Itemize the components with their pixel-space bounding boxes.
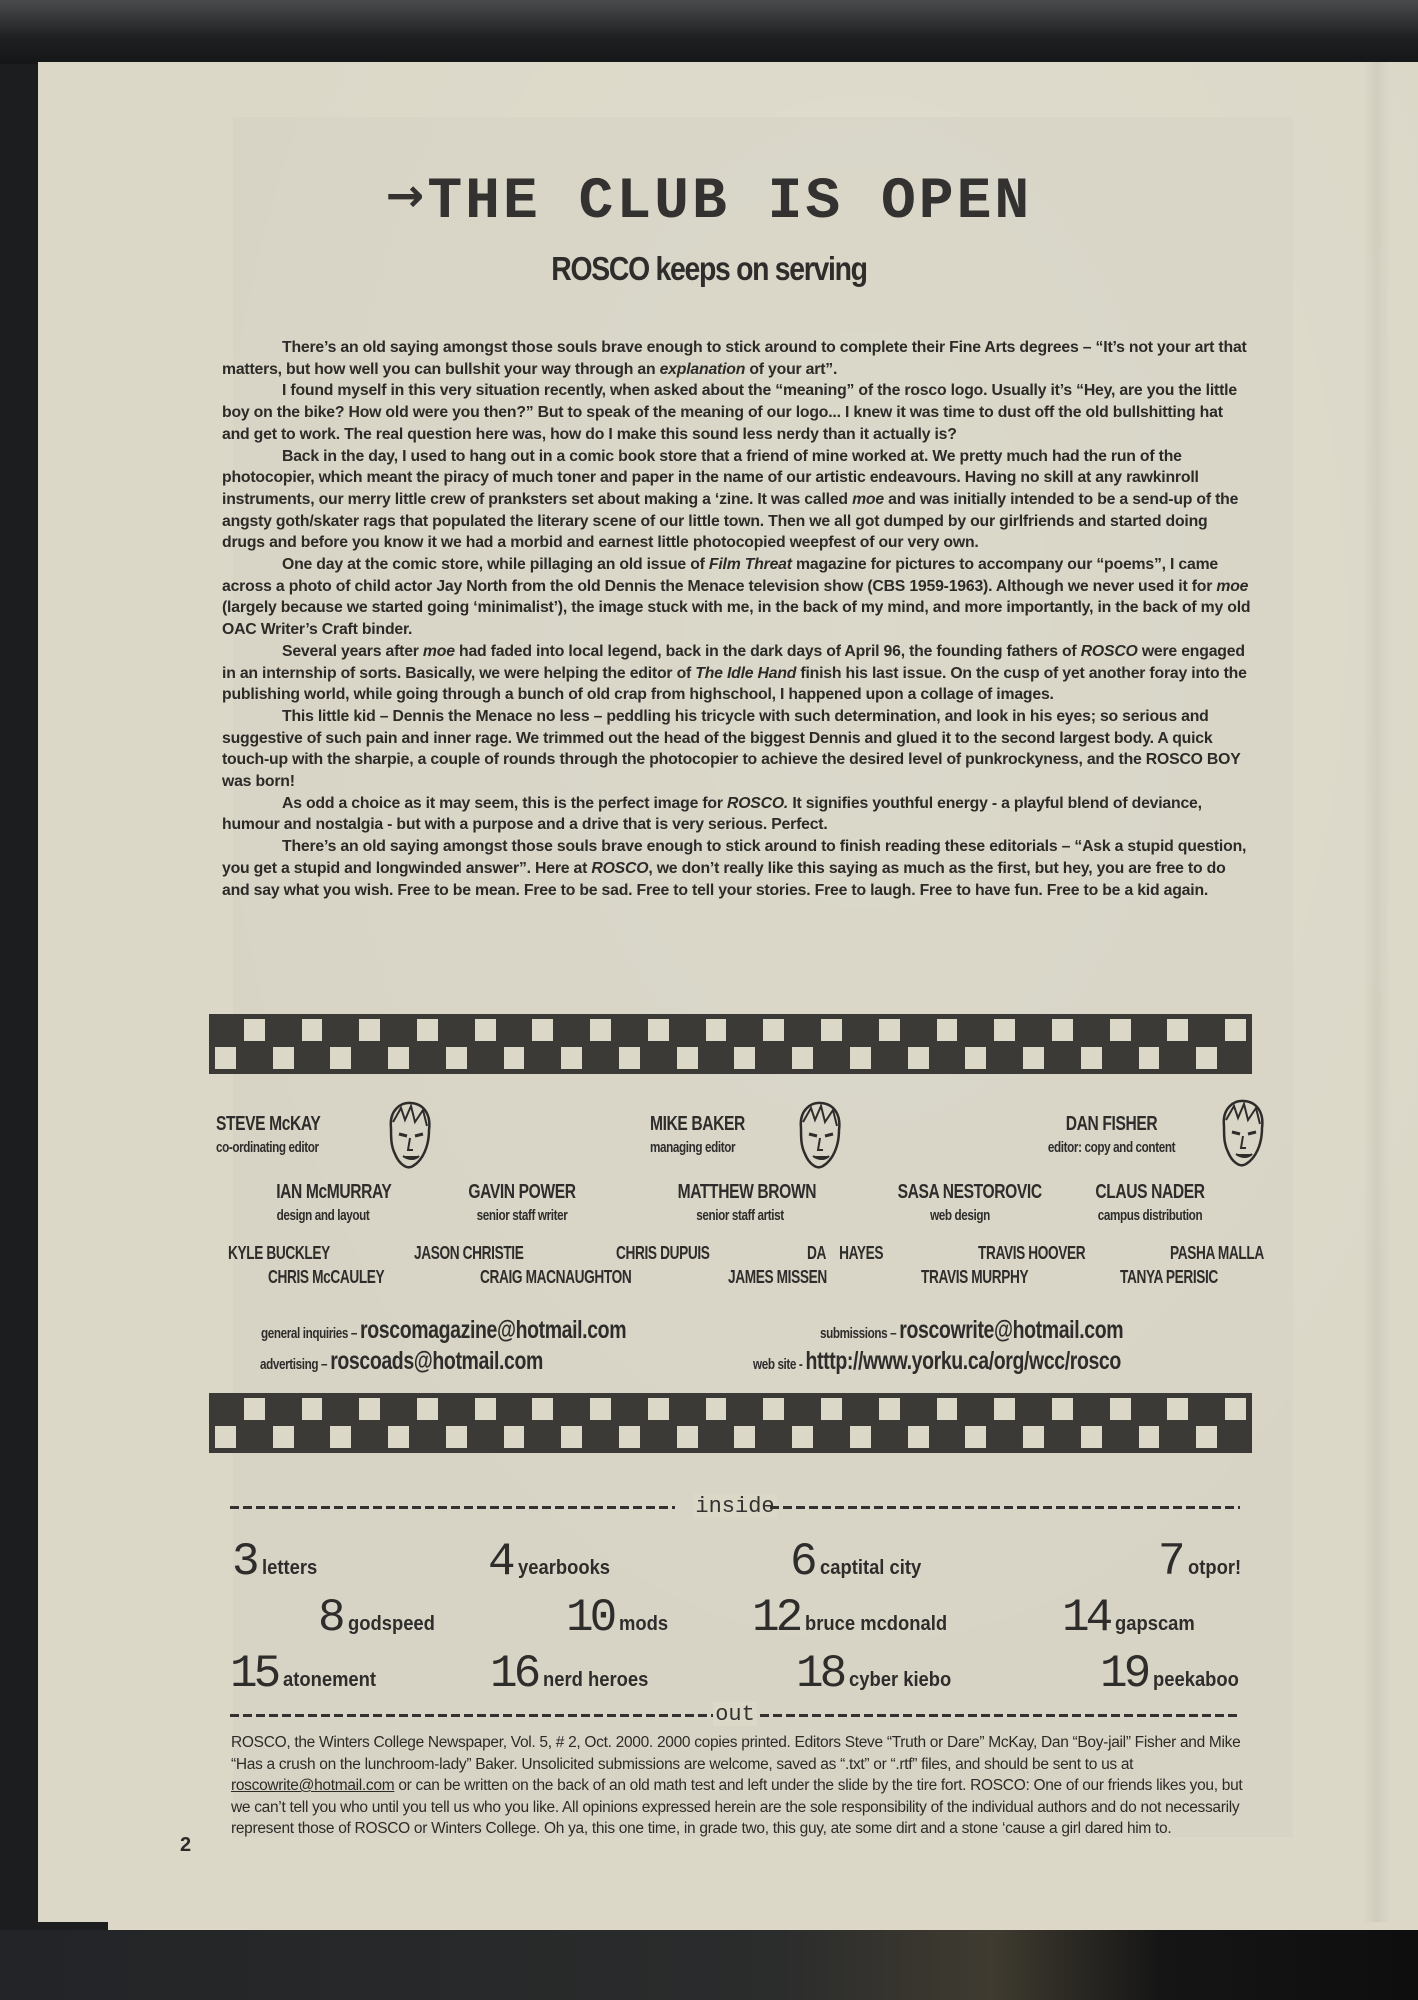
checker-square bbox=[648, 1398, 669, 1420]
checkered-divider-bottom bbox=[209, 1393, 1252, 1453]
checker-square bbox=[908, 1047, 929, 1069]
checker-square bbox=[1167, 1047, 1188, 1069]
checker-square bbox=[590, 1047, 611, 1069]
checker-square bbox=[273, 1426, 294, 1448]
checker-square bbox=[850, 1019, 871, 1041]
editor-mike-baker: MIKE BAKER managing editor bbox=[650, 1113, 745, 1156]
contact-email-link[interactable]: roscoads@hotmail.com bbox=[330, 1347, 543, 1375]
checker-square bbox=[821, 1019, 842, 1041]
checker-square bbox=[330, 1047, 351, 1069]
checker-square bbox=[619, 1398, 640, 1420]
toc-page-number: 10 bbox=[566, 1592, 613, 1644]
checker-square bbox=[1167, 1398, 1188, 1420]
toc-title: cyber kiebo bbox=[849, 1669, 951, 1692]
toc-entry[interactable]: 3letters bbox=[232, 1536, 322, 1588]
checker-square bbox=[677, 1047, 698, 1069]
paragraph-text: of your art”. bbox=[745, 361, 837, 378]
checker-square bbox=[330, 1019, 351, 1041]
toc-title: mods bbox=[619, 1613, 668, 1636]
dashed-rule bbox=[230, 1714, 715, 1717]
checker-square bbox=[879, 1019, 900, 1041]
checker-square bbox=[850, 1047, 871, 1069]
checker-square bbox=[1167, 1426, 1188, 1448]
toc-title: bruce mcdonald bbox=[805, 1613, 947, 1636]
checker-square bbox=[937, 1398, 958, 1420]
editor-name: MIKE BAKER bbox=[650, 1113, 745, 1136]
checker-square bbox=[590, 1426, 611, 1448]
checker-square bbox=[1052, 1019, 1073, 1041]
italic-text: moe bbox=[852, 491, 884, 508]
checker-square bbox=[1196, 1398, 1217, 1420]
checker-square bbox=[937, 1426, 958, 1448]
contributor: TRAVIS HOOVER bbox=[978, 1243, 1085, 1264]
out-footer-rule: out bbox=[230, 1702, 1240, 1726]
dashed-rule bbox=[770, 1506, 1240, 1509]
checker-square bbox=[1167, 1019, 1188, 1041]
checker-square bbox=[1052, 1426, 1073, 1448]
italic-text: Film Threat bbox=[709, 556, 792, 573]
checker-square bbox=[821, 1047, 842, 1069]
toc-entry[interactable]: 8godspeed bbox=[318, 1592, 442, 1644]
contributor: CHRIS DUPUIS bbox=[616, 1243, 709, 1264]
contributor: JASON CHRISTIE bbox=[414, 1243, 523, 1264]
toc-page-number: 15 bbox=[230, 1648, 277, 1700]
contributor: KYLE BUCKLEY bbox=[228, 1243, 330, 1264]
toc-page-number: 18 bbox=[796, 1648, 843, 1700]
article-paragraph: Back in the day, I used to hang out in a… bbox=[222, 446, 1252, 555]
checker-square bbox=[1196, 1047, 1217, 1069]
contact-submissions: submissions – roscowrite@hotmail.com bbox=[820, 1316, 1123, 1345]
checker-square bbox=[1139, 1426, 1160, 1448]
staff-role: senior staff artist bbox=[678, 1207, 803, 1224]
checker-square bbox=[446, 1047, 467, 1069]
editor-role: editor: copy and content bbox=[1048, 1139, 1175, 1156]
checker-square bbox=[532, 1019, 553, 1041]
contributor: PASHA MALLA bbox=[1170, 1243, 1264, 1264]
checker-square bbox=[734, 1019, 755, 1041]
checkered-divider-top bbox=[209, 1014, 1252, 1074]
toc-page-number: 19 bbox=[1100, 1648, 1147, 1700]
colophon: ROSCO, the Winters College Newspaper, Vo… bbox=[231, 1732, 1261, 1840]
contact-label: submissions – bbox=[820, 1325, 896, 1342]
website-link[interactable]: htttp://www.yorku.ca/org/wcc/rosco bbox=[806, 1347, 1121, 1375]
out-label: out bbox=[713, 1702, 757, 1726]
checker-square bbox=[1139, 1398, 1160, 1420]
checker-square bbox=[850, 1426, 871, 1448]
article-paragraph: There’s an old saying amongst those soul… bbox=[222, 836, 1252, 901]
checker-square bbox=[1081, 1398, 1102, 1420]
checker-square bbox=[475, 1398, 496, 1420]
toc-page-number: 3 bbox=[232, 1536, 256, 1588]
checker-square bbox=[1081, 1019, 1102, 1041]
checker-square bbox=[1225, 1047, 1246, 1069]
checker-square bbox=[1110, 1426, 1131, 1448]
checker-square bbox=[532, 1047, 553, 1069]
article-paragraph: As odd a choice as it may seem, this is … bbox=[222, 793, 1252, 836]
page-number: 2 bbox=[180, 1834, 191, 1857]
italic-text: The Idle Hand bbox=[695, 665, 796, 682]
toc-title: gapscam bbox=[1115, 1613, 1195, 1636]
contact-email-link[interactable]: roscowrite@hotmail.com bbox=[899, 1316, 1123, 1344]
dashed-rule bbox=[760, 1714, 1240, 1717]
toc-entry[interactable]: 7otpor! bbox=[1158, 1536, 1245, 1588]
checker-square bbox=[388, 1398, 409, 1420]
checker-square bbox=[417, 1398, 438, 1420]
checker-square bbox=[330, 1398, 351, 1420]
page-title-text: THE CLUB IS OPEN bbox=[427, 170, 1032, 235]
editor-steve-mckay: STEVE McKAY co-ordinating editor bbox=[216, 1113, 320, 1156]
article-paragraph: There’s an old saying amongst those soul… bbox=[222, 337, 1252, 380]
toc-page-number: 16 bbox=[490, 1648, 537, 1700]
arrow-right-icon: → bbox=[386, 168, 428, 222]
italic-text: ROSCO bbox=[591, 860, 648, 877]
checker-square bbox=[417, 1047, 438, 1069]
checker-square bbox=[763, 1019, 784, 1041]
rosco-boy-face-icon bbox=[383, 1100, 435, 1170]
checker-square bbox=[359, 1047, 380, 1069]
staff-name: SASA NESTOROVIC bbox=[898, 1181, 1023, 1204]
checker-square bbox=[763, 1047, 784, 1069]
checker-square bbox=[734, 1047, 755, 1069]
editor-role: co-ordinating editor bbox=[216, 1139, 320, 1156]
italic-text: moe bbox=[1216, 578, 1248, 595]
toc-entry[interactable]: 14gapscam bbox=[1062, 1592, 1202, 1644]
checker-square bbox=[792, 1019, 813, 1041]
checker-square bbox=[504, 1398, 525, 1420]
checker-square bbox=[215, 1426, 236, 1448]
checker-square bbox=[706, 1047, 727, 1069]
inside-label: inside bbox=[693, 1494, 776, 1518]
checker-square bbox=[965, 1047, 986, 1069]
contributor: CRAIG MACNAUGHTON bbox=[480, 1267, 631, 1288]
contact-email-link[interactable]: roscomagazine@hotmail.com bbox=[360, 1316, 626, 1344]
checker-square bbox=[879, 1398, 900, 1420]
checker-square bbox=[1081, 1047, 1102, 1069]
staff-role: senior staff writer bbox=[467, 1207, 576, 1224]
paragraph-text: One day at the comic store, while pillag… bbox=[282, 556, 709, 573]
toc-title: peekaboo bbox=[1153, 1669, 1239, 1692]
checker-square bbox=[994, 1426, 1015, 1448]
staff-name: GAVIN POWER bbox=[467, 1181, 576, 1204]
checker-square bbox=[965, 1426, 986, 1448]
toc-page-number: 14 bbox=[1062, 1592, 1109, 1644]
checker-square bbox=[388, 1047, 409, 1069]
checker-square bbox=[792, 1398, 813, 1420]
checker-square bbox=[648, 1426, 669, 1448]
checker-square bbox=[273, 1019, 294, 1041]
checker-square bbox=[1225, 1019, 1246, 1041]
contact-general-inquiries: general inquiries – roscomagazine@hotmai… bbox=[261, 1316, 626, 1345]
article-paragraph: Several years after moe had faded into l… bbox=[222, 641, 1252, 706]
contact-label: advertising – bbox=[260, 1356, 327, 1373]
checker-square bbox=[1052, 1398, 1073, 1420]
italic-text: explanation bbox=[660, 361, 746, 378]
checker-square bbox=[302, 1047, 323, 1069]
editor-name: STEVE McKAY bbox=[216, 1113, 320, 1136]
italic-text: moe bbox=[423, 643, 455, 660]
toc-title: otpor! bbox=[1188, 1557, 1241, 1580]
toc-title: atonement bbox=[283, 1669, 376, 1692]
checker-square bbox=[994, 1398, 1015, 1420]
checker-square bbox=[821, 1398, 842, 1420]
paragraph-text: had faded into local legend, back in the… bbox=[455, 643, 1081, 660]
staff-matthew-brown: MATTHEW BROWN senior staff artist bbox=[678, 1181, 803, 1224]
checker-square bbox=[215, 1047, 236, 1069]
checker-square bbox=[908, 1398, 929, 1420]
toc-page-number: 7 bbox=[1158, 1536, 1182, 1588]
checker-square bbox=[792, 1047, 813, 1069]
page-subtitle: ROSCO keeps on serving bbox=[99, 250, 1318, 288]
paragraph-text: Several years after bbox=[282, 643, 423, 660]
checker-square bbox=[475, 1019, 496, 1041]
checker-square bbox=[706, 1398, 727, 1420]
toc-entry[interactable]: 16nerd heroes bbox=[490, 1648, 658, 1700]
staff-name: CLAUS NADER bbox=[1084, 1181, 1217, 1204]
staff-name: MATTHEW BROWN bbox=[678, 1181, 803, 1204]
checker-square bbox=[504, 1047, 525, 1069]
scan-background-bottom bbox=[0, 1930, 1418, 2000]
checker-square bbox=[994, 1019, 1015, 1041]
paragraph-text: (largely because we started going ‘minim… bbox=[222, 599, 1250, 638]
staff-sasa-nestorovic: SASA NESTOROVIC web design bbox=[898, 1181, 1023, 1224]
rosco-boy-face-icon bbox=[1216, 1098, 1268, 1168]
italic-text: ROSCO bbox=[1081, 643, 1138, 660]
checker-square bbox=[1023, 1426, 1044, 1448]
checker-square bbox=[648, 1047, 669, 1069]
checker-square bbox=[561, 1047, 582, 1069]
paragraph-text: This little kid – Dennis the Menace no l… bbox=[222, 708, 1240, 790]
checker-square bbox=[446, 1019, 467, 1041]
paragraph-text: I found myself in this very situation re… bbox=[222, 382, 1237, 442]
staff-role: design and layout bbox=[276, 1207, 370, 1224]
checker-square bbox=[1110, 1398, 1131, 1420]
italic-text: ROSCO. bbox=[727, 795, 788, 812]
checker-square bbox=[273, 1398, 294, 1420]
toc-title: captital city bbox=[820, 1557, 921, 1580]
checker-square bbox=[532, 1398, 553, 1420]
contributor: DA HAYES bbox=[807, 1243, 883, 1264]
checker-square bbox=[417, 1019, 438, 1041]
rosco-boy-face-icon bbox=[793, 1100, 845, 1170]
toc-entry[interactable]: 10mods bbox=[566, 1592, 673, 1644]
checker-square bbox=[1110, 1019, 1131, 1041]
checker-square bbox=[908, 1019, 929, 1041]
editorial-article: There’s an old saying amongst those soul… bbox=[222, 337, 1252, 901]
page-title: →THE CLUB IS OPEN bbox=[0, 168, 1418, 235]
checker-square bbox=[244, 1426, 265, 1448]
checker-square bbox=[302, 1426, 323, 1448]
article-paragraph: This little kid – Dennis the Menace no l… bbox=[222, 706, 1252, 793]
checker-square bbox=[1052, 1047, 1073, 1069]
checker-square bbox=[850, 1398, 871, 1420]
toc-title: yearbooks bbox=[518, 1557, 610, 1580]
checker-square bbox=[619, 1426, 640, 1448]
checker-square bbox=[1196, 1019, 1217, 1041]
checker-square bbox=[1023, 1047, 1044, 1069]
toc-entry[interactable]: 12bruce mcdonald bbox=[752, 1592, 960, 1644]
checker-square bbox=[937, 1019, 958, 1041]
toc-entry[interactable]: 18cyber kiebo bbox=[796, 1648, 960, 1700]
checker-square bbox=[937, 1047, 958, 1069]
toc-entry[interactable]: 15atonement bbox=[230, 1648, 384, 1700]
editor-dan-fisher: DAN FISHER editor: copy and content bbox=[1048, 1113, 1175, 1156]
toc-title: godspeed bbox=[348, 1613, 435, 1636]
contributor: JAMES MISSEN bbox=[728, 1267, 827, 1288]
checker-square bbox=[590, 1019, 611, 1041]
checker-square bbox=[706, 1426, 727, 1448]
checker-square bbox=[388, 1426, 409, 1448]
checker-square bbox=[879, 1047, 900, 1069]
editor-role: managing editor bbox=[650, 1139, 745, 1156]
staff-role: campus distribution bbox=[1084, 1207, 1217, 1224]
checker-square bbox=[330, 1426, 351, 1448]
submissions-email-link[interactable]: roscowrite@hotmail.com bbox=[231, 1777, 394, 1794]
toc-page-number: 8 bbox=[318, 1592, 342, 1644]
checker-square bbox=[359, 1019, 380, 1041]
checker-square bbox=[763, 1426, 784, 1448]
checker-square bbox=[561, 1398, 582, 1420]
contact-website: web site - htttp://www.yorku.ca/org/wcc/… bbox=[753, 1347, 1121, 1376]
toc-title: nerd heroes bbox=[543, 1669, 648, 1692]
checker-square bbox=[619, 1019, 640, 1041]
checker-square bbox=[1081, 1426, 1102, 1448]
checker-square bbox=[792, 1426, 813, 1448]
toc-page-number: 12 bbox=[752, 1592, 799, 1644]
dashed-rule bbox=[230, 1506, 675, 1509]
article-paragraph: I found myself in this very situation re… bbox=[222, 380, 1252, 445]
checker-square bbox=[1139, 1047, 1160, 1069]
scan-background-top bbox=[0, 0, 1418, 64]
checker-square bbox=[244, 1019, 265, 1041]
checker-square bbox=[417, 1426, 438, 1448]
checker-square bbox=[821, 1426, 842, 1448]
checker-square bbox=[302, 1019, 323, 1041]
checker-square bbox=[504, 1019, 525, 1041]
checker-square bbox=[244, 1047, 265, 1069]
checker-square bbox=[244, 1398, 265, 1420]
checker-square bbox=[446, 1426, 467, 1448]
checker-square bbox=[273, 1047, 294, 1069]
checker-square bbox=[965, 1019, 986, 1041]
article-paragraph: One day at the comic store, while pillag… bbox=[222, 554, 1252, 641]
checker-square bbox=[1110, 1047, 1131, 1069]
checker-square bbox=[1225, 1398, 1246, 1420]
contact-label: general inquiries – bbox=[261, 1325, 357, 1342]
checker-square bbox=[359, 1426, 380, 1448]
checker-square bbox=[475, 1047, 496, 1069]
toc-title: letters bbox=[262, 1557, 317, 1580]
staff-ian-mcmurray: IAN McMURRAY design and layout bbox=[276, 1181, 370, 1224]
checker-square bbox=[879, 1426, 900, 1448]
checker-square bbox=[619, 1047, 640, 1069]
checker-square bbox=[763, 1398, 784, 1420]
checker-square bbox=[908, 1426, 929, 1448]
toc-entry[interactable]: 6captital city bbox=[790, 1536, 930, 1588]
checker-square bbox=[965, 1398, 986, 1420]
contact-label: web site - bbox=[753, 1356, 802, 1373]
checker-square bbox=[388, 1019, 409, 1041]
checker-square bbox=[1139, 1019, 1160, 1041]
staff-role: web design bbox=[898, 1207, 1023, 1224]
contributor: CHRIS McCAULEY bbox=[268, 1267, 384, 1288]
colophon-text: ROSCO, the Winters College Newspaper, Vo… bbox=[231, 1734, 1240, 1773]
checker-square bbox=[504, 1426, 525, 1448]
staff-claus-nader: CLAUS NADER campus distribution bbox=[1084, 1181, 1217, 1224]
checker-square bbox=[1023, 1398, 1044, 1420]
checker-square bbox=[994, 1047, 1015, 1069]
checker-square bbox=[561, 1426, 582, 1448]
checker-square bbox=[561, 1019, 582, 1041]
checker-square bbox=[215, 1019, 236, 1041]
contributor: TRAVIS MURPHY bbox=[921, 1267, 1028, 1288]
editor-name: DAN FISHER bbox=[1048, 1113, 1175, 1136]
checker-square bbox=[677, 1398, 698, 1420]
checker-square bbox=[215, 1398, 236, 1420]
checker-square bbox=[1023, 1019, 1044, 1041]
toc-page-number: 4 bbox=[488, 1536, 512, 1588]
checker-square bbox=[1225, 1426, 1246, 1448]
checker-square bbox=[677, 1019, 698, 1041]
toc-entry[interactable]: 19peekaboo bbox=[1100, 1648, 1247, 1700]
checker-square bbox=[677, 1426, 698, 1448]
staff-gavin-power: GAVIN POWER senior staff writer bbox=[467, 1181, 576, 1224]
contributor: TANYA PERISIC bbox=[1120, 1267, 1218, 1288]
staff-name: IAN McMURRAY bbox=[276, 1181, 370, 1204]
paragraph-text: As odd a choice as it may seem, this is … bbox=[282, 795, 727, 812]
inside-header-rule: inside bbox=[230, 1494, 1240, 1518]
checker-square bbox=[532, 1426, 553, 1448]
checker-square bbox=[706, 1019, 727, 1041]
toc-entry[interactable]: 4yearbooks bbox=[488, 1536, 618, 1588]
checker-square bbox=[734, 1398, 755, 1420]
checker-square bbox=[446, 1398, 467, 1420]
checker-square bbox=[648, 1019, 669, 1041]
checker-square bbox=[590, 1398, 611, 1420]
checker-square bbox=[1196, 1426, 1217, 1448]
checker-square bbox=[302, 1398, 323, 1420]
toc-page-number: 6 bbox=[790, 1536, 814, 1588]
checker-square bbox=[475, 1426, 496, 1448]
checker-square bbox=[734, 1426, 755, 1448]
checker-square bbox=[359, 1398, 380, 1420]
contact-advertising: advertising – roscoads@hotmail.com bbox=[260, 1347, 543, 1376]
